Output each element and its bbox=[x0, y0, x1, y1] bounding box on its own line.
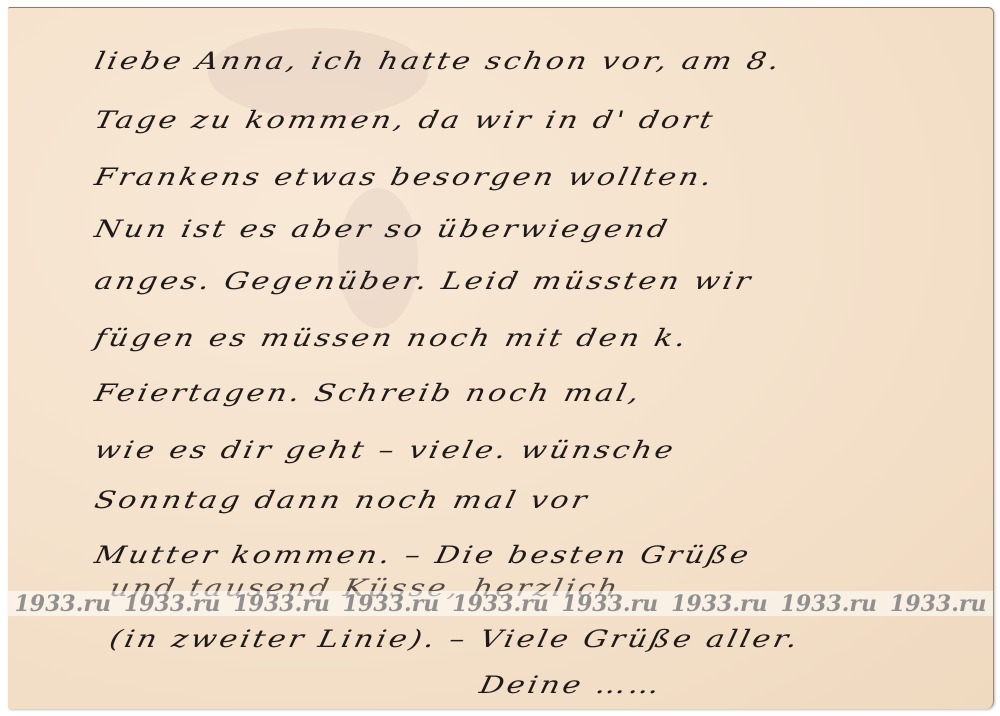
handwritten-line-10: Mutter kommen. – Die besten Grüße bbox=[92, 542, 754, 570]
watermark-text: 1933.ru bbox=[452, 591, 548, 617]
watermark-band: 1933.ru 1933.ru 1933.ru 1933.ru 1933.ru … bbox=[8, 591, 993, 616]
ink-stain bbox=[338, 188, 418, 328]
watermark-text: 1933.ru bbox=[124, 591, 220, 617]
handwritten-line-5: anges. Gegenüber. Leid müssten wir bbox=[92, 268, 756, 296]
handwritten-line-2: Tage zu kommen, da wir in d' dort bbox=[92, 107, 718, 135]
watermark-text: 1933.ru bbox=[14, 591, 110, 617]
handwritten-line-8: wie es dir geht – viele. wünsche bbox=[92, 437, 679, 465]
handwritten-line-7: Feiertagen. Schreib noch mal, bbox=[92, 380, 644, 408]
watermark-text: 1933.ru bbox=[781, 591, 877, 617]
watermark-text: 1933.ru bbox=[343, 591, 439, 617]
signature: Deine …… bbox=[477, 672, 665, 700]
watermark-text: 1933.ru bbox=[671, 591, 767, 617]
handwritten-line-12: (in zweiter Linie). – Viele Grüße aller. bbox=[107, 626, 803, 654]
watermark-text: 1933.ru bbox=[890, 591, 986, 617]
handwritten-line-1: liebe Anna, ich hatte schon vor, am 8. bbox=[92, 48, 785, 76]
watermark-text: 1933.ru bbox=[562, 591, 658, 617]
handwritten-line-6: fügen es müssen noch mit den k. bbox=[92, 325, 691, 353]
watermark-text: 1933.ru bbox=[233, 591, 329, 617]
handwritten-line-4: Nun ist es aber so überwiegend bbox=[92, 216, 672, 244]
handwritten-line-3: Frankens etwas besorgen wollten. bbox=[92, 164, 717, 192]
handwritten-line-9: Sonntag dann noch mal vor bbox=[92, 487, 592, 515]
